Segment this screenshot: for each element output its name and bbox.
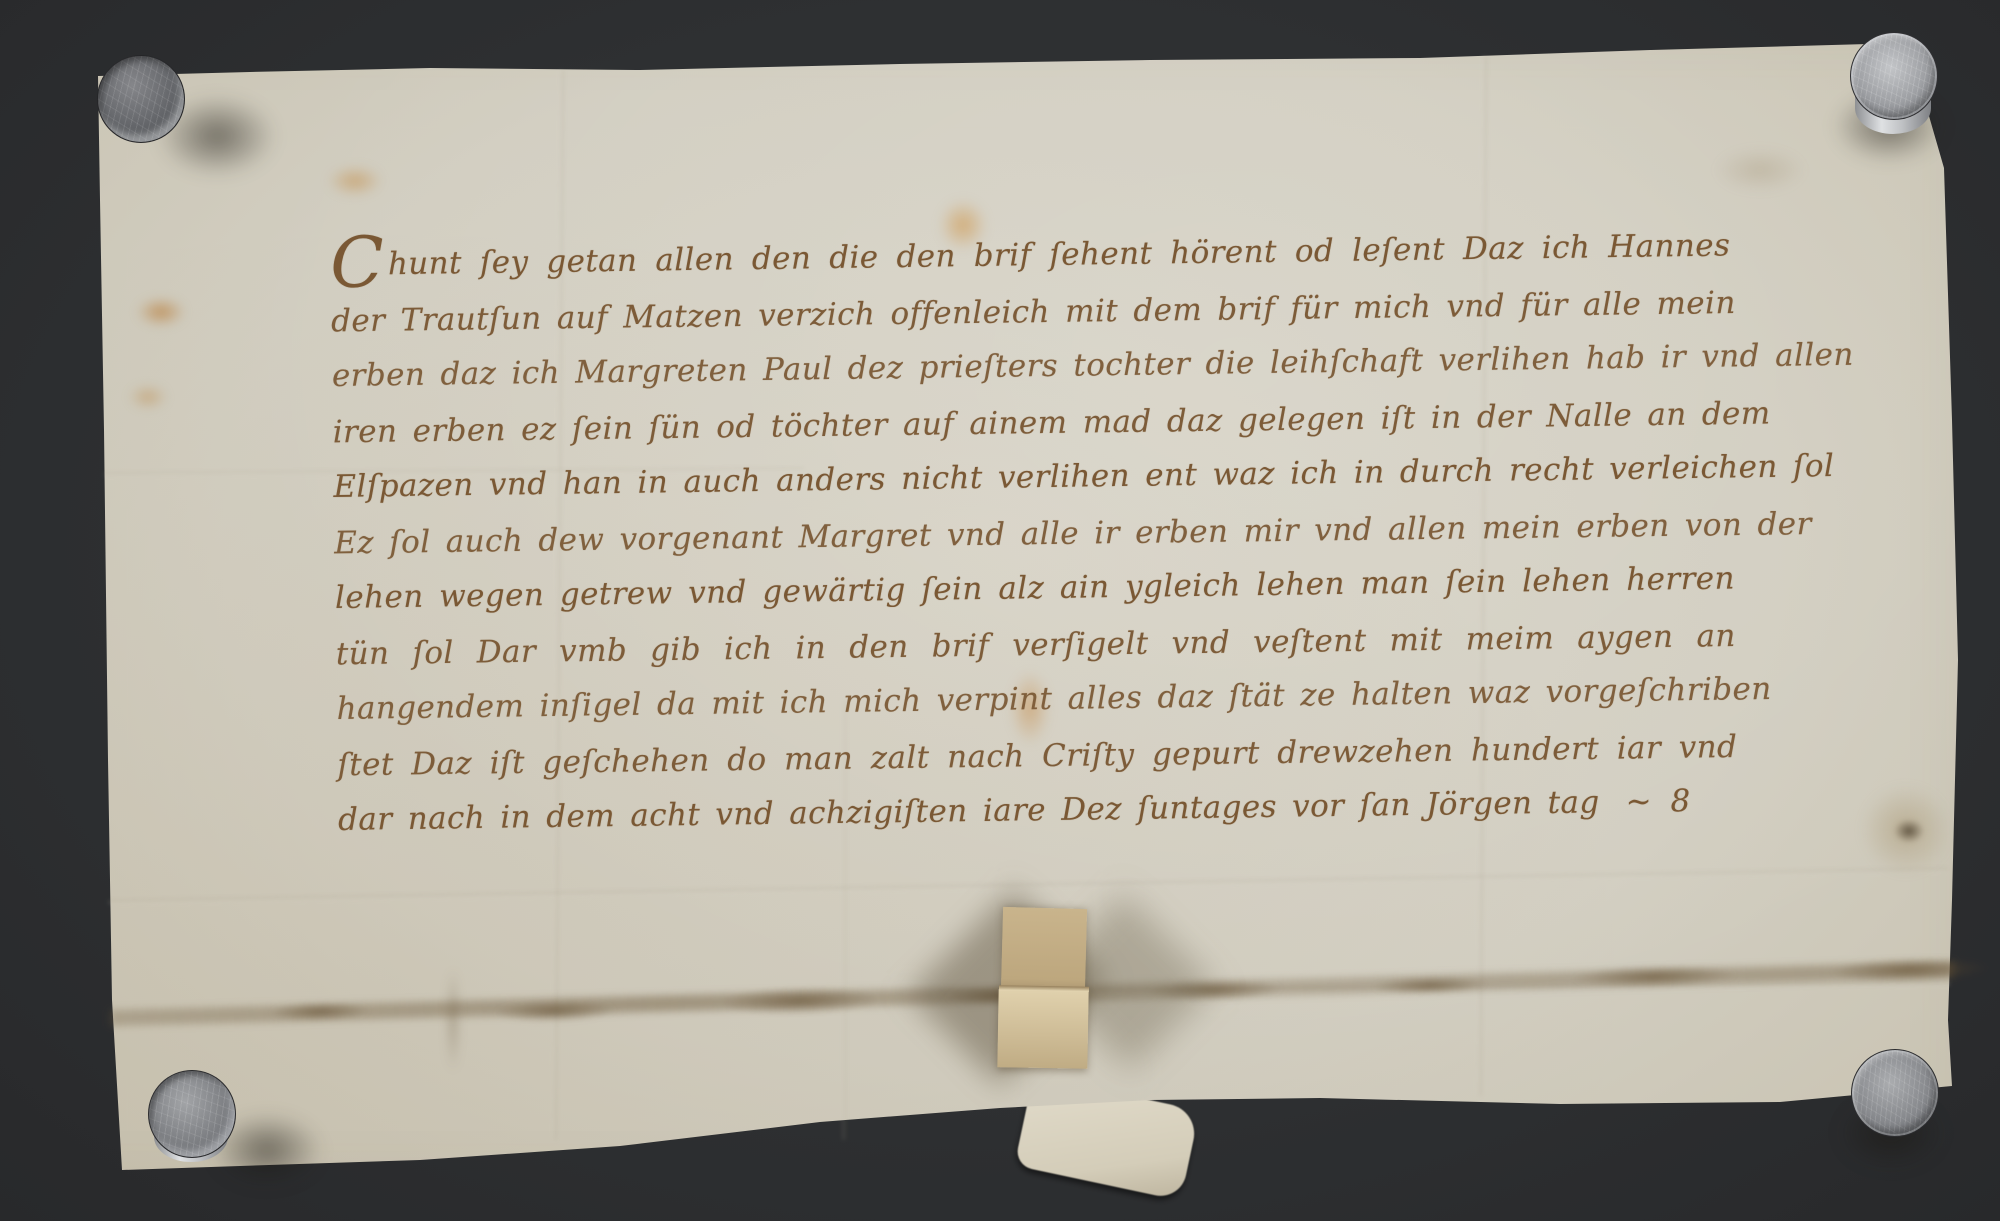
text-line-content: dar nach in dem acht vnd achzigiſten iar… <box>338 784 1600 838</box>
paperweight-face <box>1850 32 1938 120</box>
paperweight-face <box>1851 1049 1939 1137</box>
scribal-flourish: ~ 8 <box>1625 783 1692 820</box>
paperweight-face <box>148 1070 236 1158</box>
paperweight-face <box>97 55 185 143</box>
photo-background: Chunt ſey getan allen den die den brif ſ… <box>0 0 2000 1221</box>
text-line-content: hunt ſey getan allen den die den brif ſe… <box>388 227 1731 282</box>
seal-tag-strip-upper <box>1001 907 1087 993</box>
seal-tag-strip-lower <box>997 989 1088 1069</box>
charter-text: Chunt ſey getan allen den die den brif ſ… <box>330 218 1738 848</box>
drop-cap-initial: C <box>330 221 383 304</box>
